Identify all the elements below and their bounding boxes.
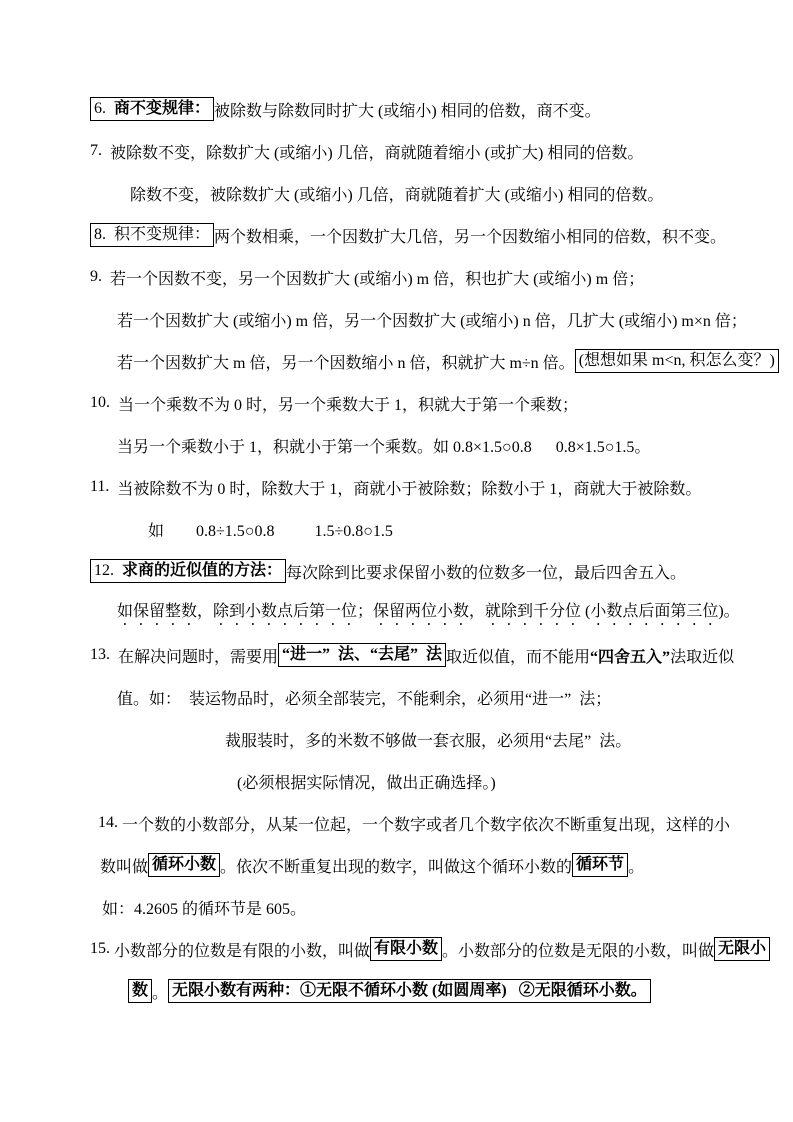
boxed-term: 有限小数 xyxy=(370,937,442,961)
text-run: 法取近似 xyxy=(670,644,734,667)
text-line: 如保留整数，除到小数点后第一位；保留两位小数，就除到千分位 (小数点后面第三位)… xyxy=(117,592,787,634)
text-line: 如 0.8÷1.5○0.8 1.5÷0.8○1.5 xyxy=(148,508,787,550)
text-run: 。 xyxy=(628,854,644,877)
term-text: “进一” 法、“去尾” 法 xyxy=(282,646,442,663)
text-line: 若一个因数扩大 m 倍，另一个因数缩小 n 倍，积就扩大 m÷n 倍。(想想如果… xyxy=(117,340,787,382)
text-run: 如：4.2605 的循环节是 605。 xyxy=(102,896,306,919)
text-line: 裁服装时，多的米数不够做一套衣服，必须用“去尾” 法。 xyxy=(225,718,787,760)
text-line: 数叫做循环小数。依次不断重复出现的数字，叫做这个循环小数的循环节。 xyxy=(100,844,787,886)
item-number: 6. xyxy=(94,100,114,117)
text-run: 当一个乘数不为 0 时，另一个乘数大于 1，积就大于第一个乘数； xyxy=(118,392,578,415)
item-number: 14. xyxy=(98,814,122,832)
item-number: 15. xyxy=(90,940,114,958)
text-run: 数叫做 xyxy=(100,854,148,877)
boxed-term: 循环小数 xyxy=(148,853,220,877)
item-number: 7. xyxy=(90,142,110,160)
boxed-term: 无限小数有两种：①无限不循环小数 (如圆周率) ②无限循环小数。 xyxy=(168,979,651,1003)
boxed-term: (想想如果 m<n, 积怎么变？) xyxy=(575,349,779,373)
text-run: 如 0.8÷1.5○0.8 1.5÷0.8○1.5 xyxy=(148,518,393,541)
text-run: “四舍五入” xyxy=(590,644,670,667)
text-line: 若一个因数扩大 (或缩小) m 倍，另一个因数扩大 (或缩小) n 倍，几扩大 … xyxy=(117,298,787,340)
text-run: 在解决问题时，需要用 xyxy=(118,644,278,667)
text-run: 取近似值，而不能用 xyxy=(446,644,590,667)
term-text: 循环小数 xyxy=(152,856,216,873)
text-line: 15. 小数部分的位数是有限的小数，叫做有限小数。小数部分的位数是无限的小数，叫… xyxy=(90,928,787,970)
text-line: 8. 积不变规律：两个数相乘，一个因数扩大几倍，另一个因数缩小相同的倍数，积不变… xyxy=(90,214,787,256)
text-run: 裁服装时，多的米数不够做一套衣服，必须用“去尾” 法。 xyxy=(225,728,631,751)
text-line: 当另一个乘数小于 1，积就小于第一个乘数。如 0.8×1.5○0.8 0.8×1… xyxy=(117,424,787,466)
boxed-term: 无限小 xyxy=(714,937,770,961)
item-number: 8. xyxy=(94,226,114,243)
boxed-term: 6. 商不变规律： xyxy=(90,97,214,121)
text-run: 若一个因数扩大 m 倍，另一个因数缩小 n 倍，积就扩大 m÷n 倍。 xyxy=(117,350,575,373)
item-number: 11. xyxy=(90,478,117,496)
boxed-term: 循环节 xyxy=(572,853,628,877)
item-number: 12. xyxy=(94,562,122,579)
text-line: 13. 在解决问题时，需要用“进一” 法、“去尾” 法取近似值，而不能用“四舍五… xyxy=(90,634,787,676)
text-run: 值。如： 装运物品时，必须全部装完，不能剩余，必须用“进一” 法； xyxy=(117,686,611,709)
boxed-term: 数 xyxy=(128,979,152,1003)
text-line: 11. 当被除数不为 0 时，除数大于 1，商就小于被除数；除数小于 1，商就大… xyxy=(90,466,787,508)
item-number: 积不变规律： xyxy=(114,226,210,243)
text-run: 。小数部分的位数是无限的小数，叫做 xyxy=(442,938,714,961)
text-line: 6. 商不变规律：被除数与除数同时扩大 (或缩小) 相同的倍数，商不变。 xyxy=(90,88,787,130)
text-line: 7. 被除数不变，除数扩大 (或缩小) 几倍，商就随着缩小 (或扩大) 相同的倍… xyxy=(90,130,787,172)
item-number: 9. xyxy=(90,268,110,286)
item-number: 13. xyxy=(90,646,118,664)
boxed-term: “进一” 法、“去尾” 法 xyxy=(278,643,446,667)
text-line: 数。无限小数有两种：①无限不循环小数 (如圆周率) ②无限循环小数。 xyxy=(128,970,787,1012)
text-run: 如保留整数，除到小数点后第一位；保留两位小数，就除到千分位 (小数点后面第三位)… xyxy=(117,598,740,629)
text-line: 值。如： 装运物品时，必须全部装完，不能剩余，必须用“进一” 法； xyxy=(117,676,787,718)
term-text: 无限小数有两种：①无限不循环小数 (如圆周率) ②无限循环小数。 xyxy=(172,982,647,999)
term-text: 循环节 xyxy=(576,856,624,873)
text-run: (必须根据实际情况，做出正确选择。) xyxy=(237,770,496,793)
text-line: 如：4.2605 的循环节是 605。 xyxy=(102,886,787,928)
text-line: (必须根据实际情况，做出正确选择。) xyxy=(237,760,787,802)
term-text: 数 xyxy=(132,982,148,999)
text-line: 14. 一个数的小数部分，从某一位起，一个数字或者几个数字依次不断重复出现，这样… xyxy=(98,802,787,844)
text-run: 当另一个乘数小于 1，积就小于第一个乘数。如 0.8×1.5○0.8 0.8×1… xyxy=(117,434,650,457)
text-line: 9. 若一个因数不变，另一个因数扩大 (或缩小) m 倍，积也扩大 (或缩小) … xyxy=(90,256,787,298)
text-run: 两个数相乘，一个因数扩大几倍，另一个因数缩小相同的倍数，积不变。 xyxy=(214,224,726,247)
boxed-term: 8. 积不变规律： xyxy=(90,223,214,247)
item-number: 10. xyxy=(90,394,118,412)
text-run: 若一个因数扩大 (或缩小) m 倍，另一个因数扩大 (或缩小) n 倍，几扩大 … xyxy=(117,308,747,331)
text-run: 除数不变，被除数扩大 (或缩小) 几倍，商就随着扩大 (或缩小) 相同的倍数。 xyxy=(130,182,663,205)
term-text: 无限小 xyxy=(718,940,766,957)
text-run: 被除数不变，除数扩大 (或缩小) 几倍，商就随着缩小 (或扩大) 相同的倍数。 xyxy=(110,140,643,163)
text-run: 小数部分的位数是有限的小数，叫做 xyxy=(114,938,370,961)
text-run: 每次除到比要求保留小数的位数多一位，最后四舍五入。 xyxy=(286,560,686,583)
term-text: 求商的近似值的方法： xyxy=(122,562,282,579)
text-line: 12. 求商的近似值的方法：每次除到比要求保留小数的位数多一位，最后四舍五入。 xyxy=(90,550,787,592)
boxed-term: 12. 求商的近似值的方法： xyxy=(90,559,286,583)
text-run: 被除数与除数同时扩大 (或缩小) 相同的倍数，商不变。 xyxy=(214,98,601,121)
text-run: 一个数的小数部分，从某一位起，一个数字或者几个数字依次不断重复出现，这样的小 xyxy=(122,812,730,835)
term-text: 有限小数 xyxy=(374,940,438,957)
text-line: 除数不变，被除数扩大 (或缩小) 几倍，商就随着扩大 (或缩小) 相同的倍数。 xyxy=(130,172,787,214)
text-run: 若一个因数不变，另一个因数扩大 (或缩小) m 倍，积也扩大 (或缩小) m 倍… xyxy=(110,266,644,289)
term-text: 商不变规律： xyxy=(114,100,210,117)
text-run: 。 xyxy=(152,980,168,1003)
document-content: 6. 商不变规律：被除数与除数同时扩大 (或缩小) 相同的倍数，商不变。7. 被… xyxy=(0,0,793,1012)
text-run: 。依次不断重复出现的数字，叫做这个循环小数的 xyxy=(220,854,572,877)
text-run: 当被除数不为 0 时，除数大于 1，商就小于被除数；除数小于 1，商就大于被除数… xyxy=(117,476,701,499)
document-page: 6. 商不变规律：被除数与除数同时扩大 (或缩小) 相同的倍数，商不变。7. 被… xyxy=(0,0,793,1122)
text-line: 10. 当一个乘数不为 0 时，另一个乘数大于 1，积就大于第一个乘数； xyxy=(90,382,787,424)
